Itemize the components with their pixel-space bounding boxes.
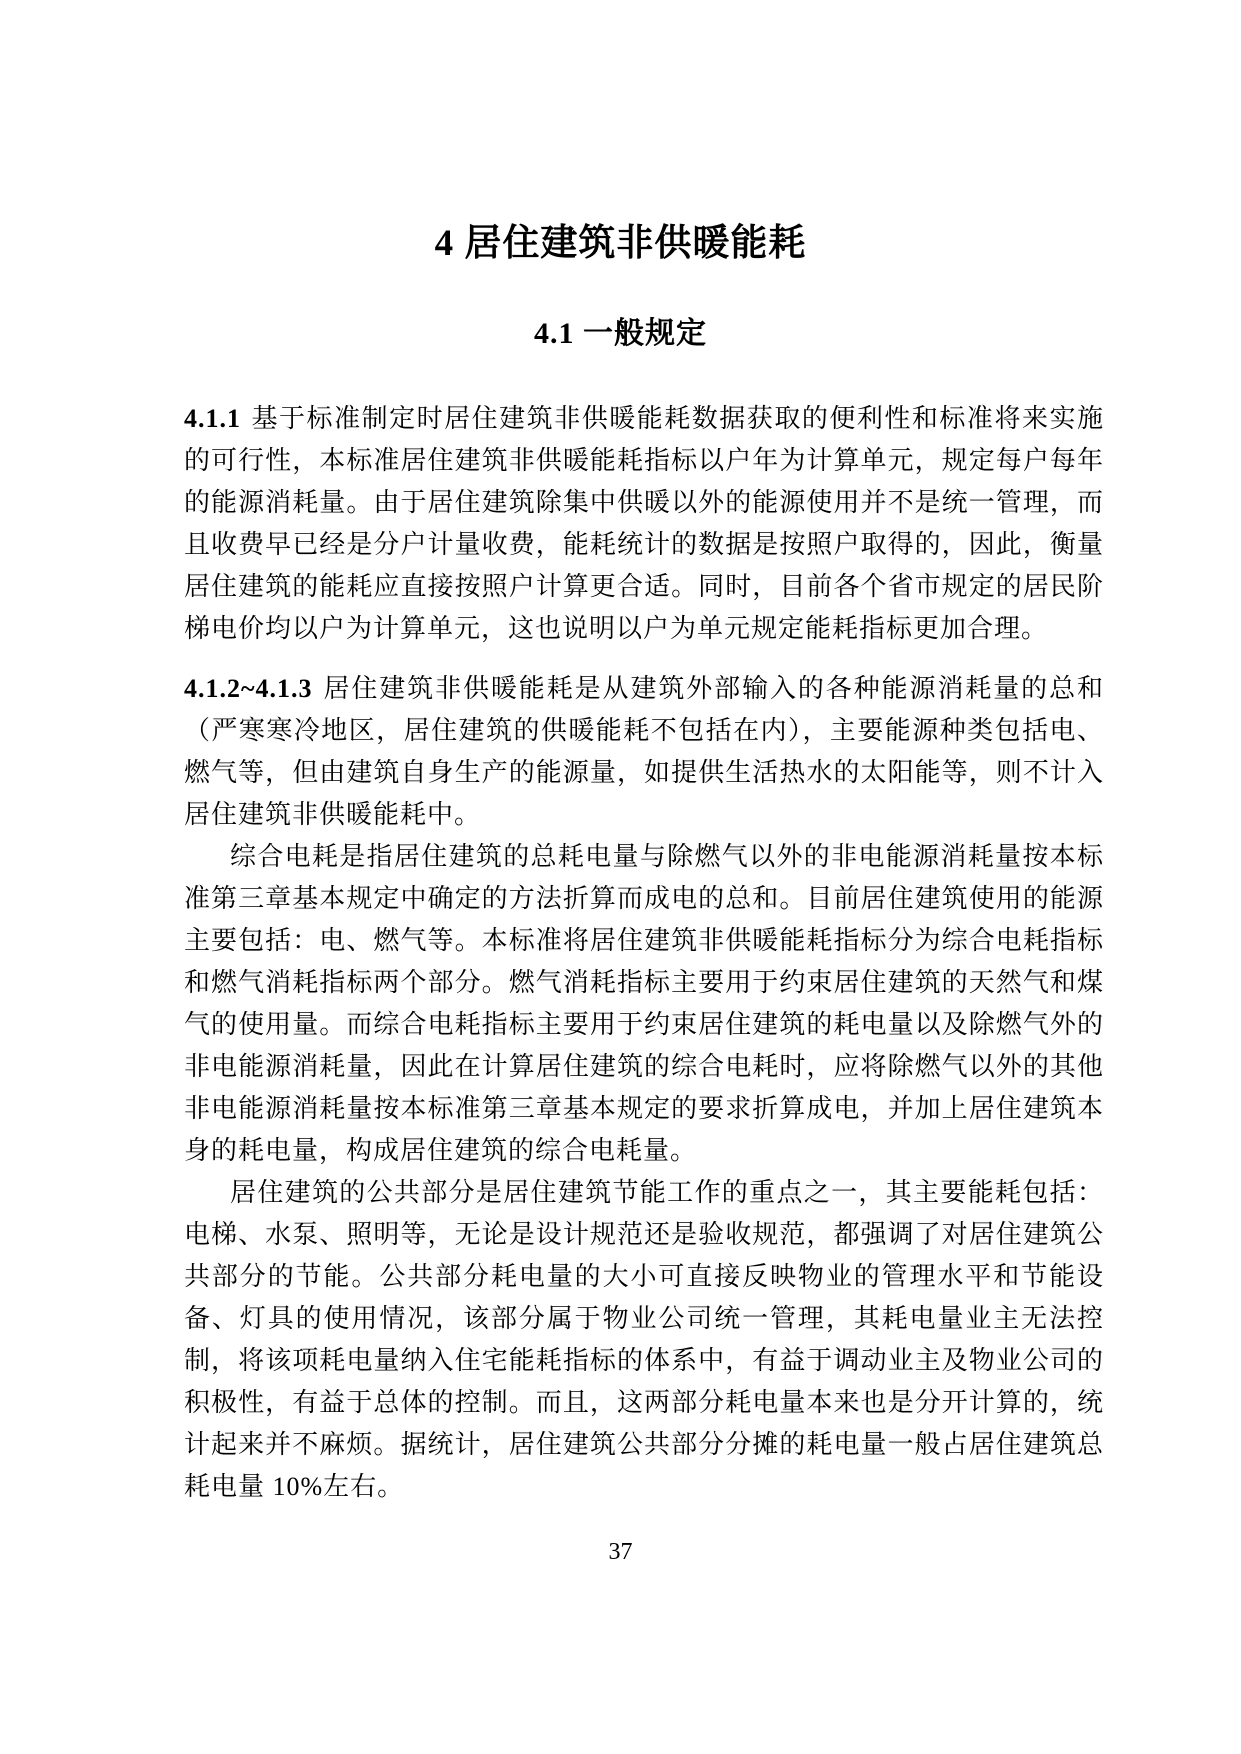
clause-text: 基于标准制定时居住建筑非供暖能耗数据获取的便利性和标准将来实施的可行性，本标准居…	[184, 404, 1104, 643]
clause-paragraph-4-1-2-to-4-1-3: 4.1.2~4.1.3居住建筑非供暖能耗是从建筑外部输入的各种能源消耗量的总和（…	[184, 668, 1104, 836]
heading-block: 4 居住建筑非供暖能耗 4.1 一般规定	[0, 222, 1241, 352]
clause-number: 4.1.2~4.1.3	[184, 674, 313, 703]
clause-paragraph-4-1-1: 4.1.1基于标准制定时居住建筑非供暖能耗数据获取的便利性和标准将来实施的可行性…	[184, 398, 1104, 650]
paragraph-composite-electricity: 综合电耗是指居住建筑的总耗电量与除燃气以外的非电能源消耗量按本标准第三章基本规定…	[184, 836, 1104, 1172]
chapter-title: 4 居住建筑非供暖能耗	[0, 222, 1241, 266]
clause-text: 居住建筑非供暖能耗是从建筑外部输入的各种能源消耗量的总和（严寒寒冷地区，居住建筑…	[184, 674, 1104, 829]
document-page: 4 居住建筑非供暖能耗 4.1 一般规定 4.1.1基于标准制定时居住建筑非供暖…	[0, 0, 1241, 1754]
paragraph-text: 居住建筑的公共部分是居住建筑节能工作的重点之一，其主要能耗包括：电梯、水泵、照明…	[184, 1178, 1104, 1501]
body-text: 4.1.1基于标准制定时居住建筑非供暖能耗数据获取的便利性和标准将来实施的可行性…	[184, 352, 1104, 1508]
clause-number: 4.1.1	[184, 404, 241, 433]
paragraph-text: 综合电耗是指居住建筑的总耗电量与除燃气以外的非电能源消耗量按本标准第三章基本规定…	[184, 842, 1104, 1165]
paragraph-public-areas: 居住建筑的公共部分是居住建筑节能工作的重点之一，其主要能耗包括：电梯、水泵、照明…	[184, 1172, 1104, 1508]
section-title: 4.1 一般规定	[0, 316, 1241, 352]
page-number: 37	[0, 1538, 1241, 1566]
